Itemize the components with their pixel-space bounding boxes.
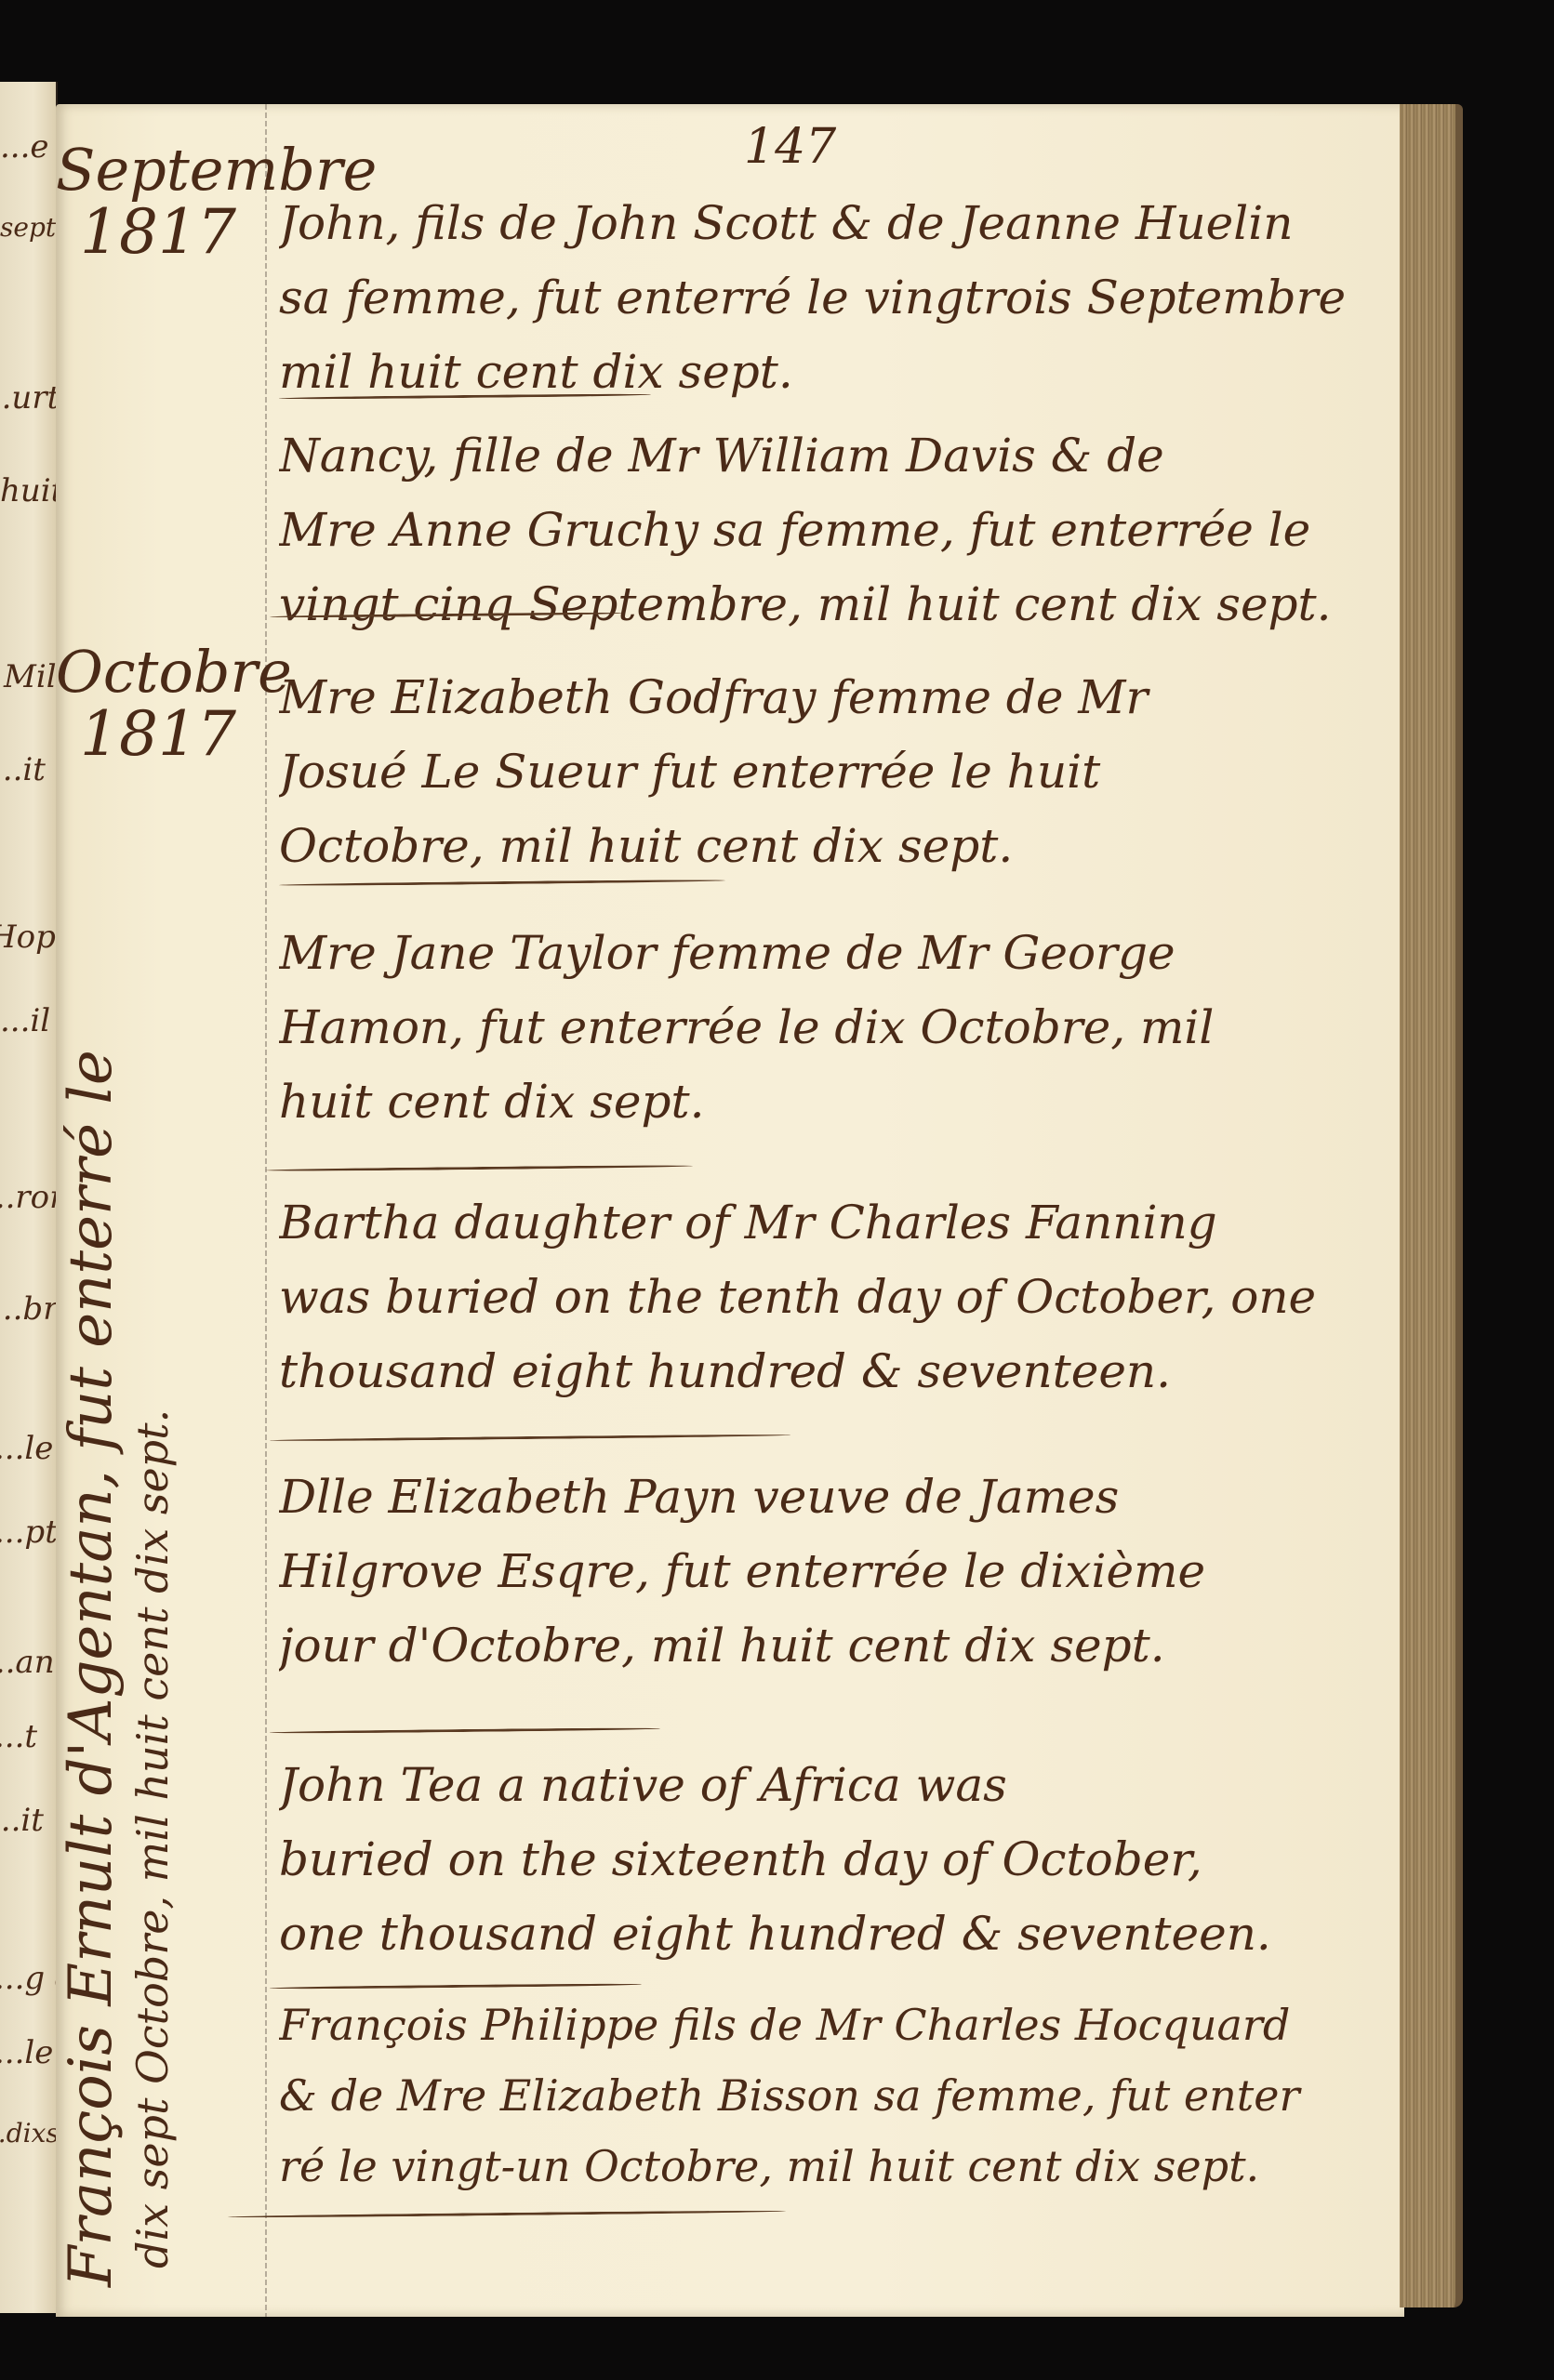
entry-line: Bartha daughter of Mr Charles Fanning xyxy=(279,1185,1409,1260)
burial-entry: Dlle Elizabeth Payn veuve de James Hilgr… xyxy=(279,1460,1409,1683)
vertical-note-line-1: François Ernult d'Agentan, fut enterré l… xyxy=(56,1050,126,2287)
burial-entry: Nancy, fille de Mr William Davis & de Mr… xyxy=(279,418,1409,641)
facing-page-fragment: ...le xyxy=(0,2034,53,2071)
entry-line: Mre Jane Taylor femme de Mr George xyxy=(279,916,1409,990)
facing-page-fragment: ...t xyxy=(0,1718,37,1755)
margin-month-october: Octobre 1817 xyxy=(56,641,260,766)
entry-line: Josué Le Sueur fut enterrée le huit xyxy=(279,734,1409,809)
facing-page-fragment: ...bre, xyxy=(0,1290,58,1328)
entry-line: ré le vingt-un Octobre, mil huit cent di… xyxy=(279,2131,1409,2201)
burial-entry: Mre Elizabeth Godfray femme de Mr Josué … xyxy=(279,660,1409,883)
burial-entry: Mre Jane Taylor femme de Mr George Hamon… xyxy=(279,916,1409,1139)
entry-line: thousand eight hundred & seventeen. xyxy=(279,1334,1409,1408)
entry-line: Mre Elizabeth Godfray femme de Mr xyxy=(279,660,1409,734)
entry-line: Octobre, mil huit cent dix sept. xyxy=(279,809,1409,883)
facing-page-fragment: ...pt. xyxy=(0,1514,58,1551)
entry-line: Nancy, fille de Mr William Davis & de xyxy=(279,418,1409,493)
entry-line: sa femme, fut enterré le vingtrois Septe… xyxy=(279,260,1409,335)
margin-month-label: Octobre xyxy=(56,638,292,706)
facing-page-fragment: ...it xyxy=(0,1802,44,1839)
facing-page-fragment: ...il xyxy=(0,1002,50,1039)
facing-page-fragment: sept. xyxy=(0,212,58,243)
facing-page-fragment: ...urton xyxy=(0,379,58,416)
margin-year-label: 1817 xyxy=(56,200,260,264)
entry-line: was buried on the tenth day of October, … xyxy=(279,1260,1409,1334)
facing-page-fragment: Hopita xyxy=(0,919,58,956)
burial-entry: John, fils de John Scott & de Jeanne Hue… xyxy=(279,186,1409,409)
facing-page-fragment: ...it cent xyxy=(0,751,58,788)
entry-line: Dlle Elizabeth Payn veuve de James xyxy=(279,1460,1409,1534)
facing-page-fragment: ...g de xyxy=(0,1960,58,1997)
margin-month-september: Septembre 1817 xyxy=(56,139,260,264)
facing-page-edge: ...e sept. ...urton huit Mill ...it cent… xyxy=(0,82,58,2313)
facing-page-fragment: ...rome xyxy=(0,1179,58,1216)
entry-line: huit cent dix sept. xyxy=(279,1064,1409,1139)
margin-year-label: 1817 xyxy=(56,702,260,766)
facing-page-fragment: ...dixsept xyxy=(0,2118,58,2149)
book-fore-edge xyxy=(1400,104,1463,2307)
entry-line: one thousand eight hundred & seventeen. xyxy=(279,1897,1409,1971)
entry-line: & de Mre Elizabeth Bisson sa femme, fut … xyxy=(279,2060,1409,2131)
page-number: 147 xyxy=(744,119,836,175)
entry-line: Hamon, fut enterrée le dix Octobre, mil xyxy=(279,990,1409,1064)
facing-page-fragment: huit xyxy=(0,472,58,509)
entry-line: jour d'Octobre, mil huit cent dix sept. xyxy=(279,1608,1409,1683)
facing-page-fragment: Mill xyxy=(4,658,58,695)
entry-line: buried on the sixteenth day of October, xyxy=(279,1822,1409,1897)
facing-page-fragment: ...anch xyxy=(0,1644,58,1681)
burial-entry: John Tea a native of Africa was buried o… xyxy=(279,1748,1409,1971)
facing-page-fragment: ...e xyxy=(0,128,49,165)
margin-vertical-burial-note: François Ernult d'Agentan, fut enterré l… xyxy=(56,1050,179,2287)
burial-entry: Bartha daughter of Mr Charles Fanning wa… xyxy=(279,1185,1409,1408)
entry-line: Mre Anne Gruchy sa femme, fut enterrée l… xyxy=(279,493,1409,567)
entry-line: John, fils de John Scott & de Jeanne Hue… xyxy=(279,186,1409,260)
margin-ruled-line xyxy=(265,104,267,2317)
entry-line: John Tea a native of Africa was xyxy=(279,1748,1409,1822)
vertical-note-line-2: dix sept Octobre, mil huit cent dix sept… xyxy=(126,1050,179,2287)
entry-line: vingt cinq Septembre, mil huit cent dix … xyxy=(279,567,1409,641)
entry-line: François Philippe fils de Mr Charles Hoc… xyxy=(279,1990,1409,2060)
entry-line: Hilgrove Esqre, fut enterrée le dixième xyxy=(279,1534,1409,1608)
burial-entry: François Philippe fils de Mr Charles Hoc… xyxy=(279,1990,1409,2201)
facing-page-fragment: ...le xyxy=(0,1430,53,1467)
